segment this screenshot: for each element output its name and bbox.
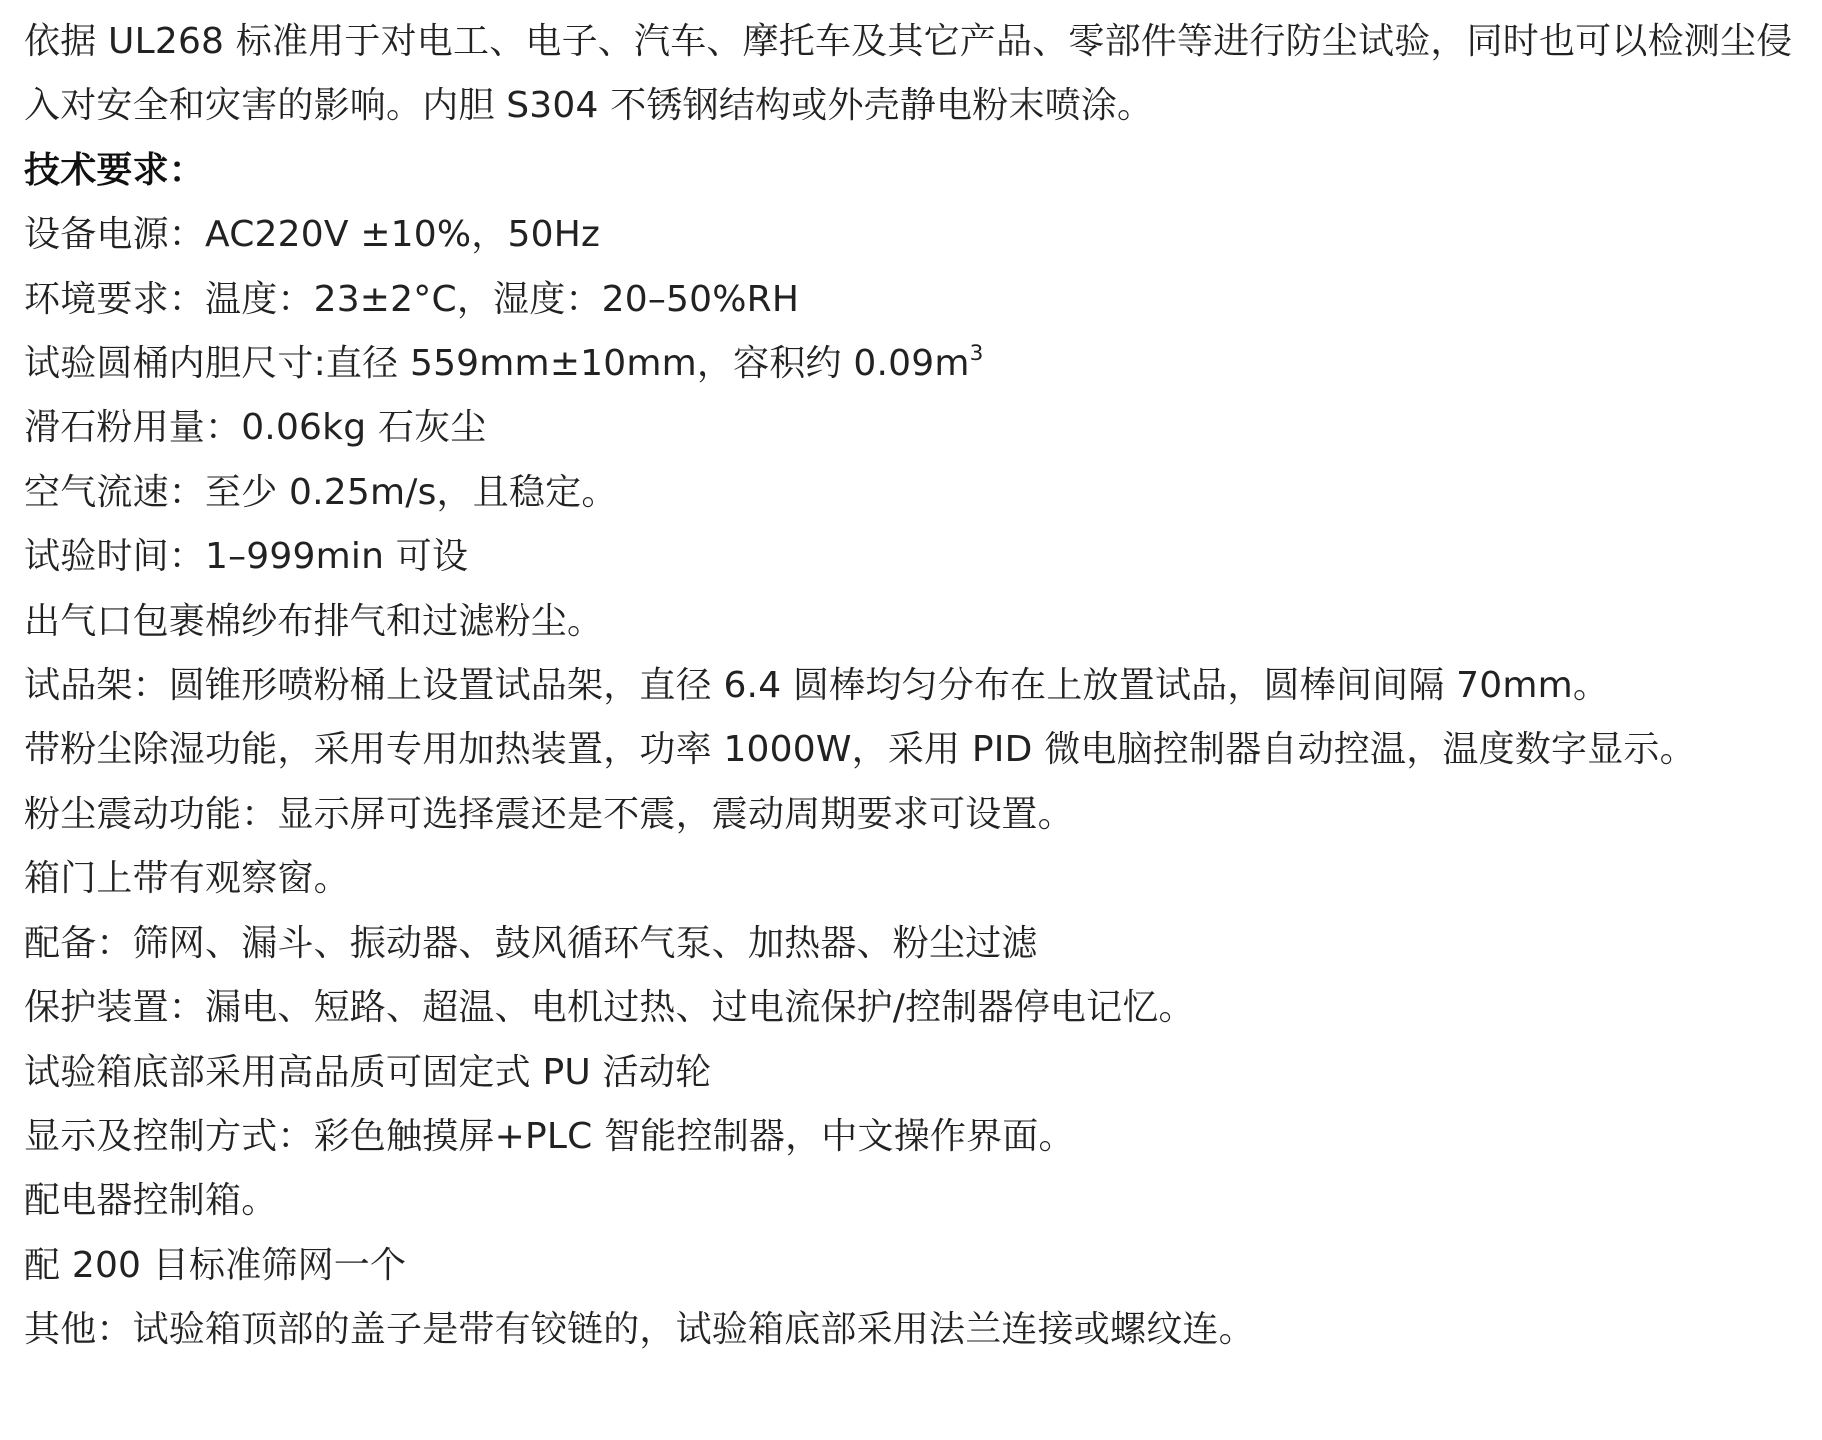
spec-line-talc-amount: 滑石粉用量：0.06kg 石灰尘 <box>24 396 1814 460</box>
spec-line-vibration: 粉尘震动功能：显示屏可选择震还是不震，震动周期要求可设置。 <box>24 783 1814 847</box>
spec-line-power-supply: 设备电源：AC220V ±10%，50Hz <box>24 203 1814 267</box>
cubic-superscript: 3 <box>970 341 984 366</box>
section-heading-technical-requirements: 技术要求： <box>24 139 1814 203</box>
spec-line-sample-rack: 试品架：圆锥形喷粉桶上设置试品架，直径 6.4 圆棒均匀分布在上放置试品，圆棒间… <box>24 654 1814 718</box>
spec-line-control-box: 配电器控制箱。 <box>24 1169 1814 1233</box>
drum-size-text: 试验圆桶内胆尺寸:直径 559mm±10mm，容积约 0.09m <box>24 343 970 384</box>
spec-line-drum-size: 试验圆桶内胆尺寸:直径 559mm±10mm，容积约 0.09m3 <box>24 332 1814 396</box>
spec-document: 依据 UL268 标准用于对电工、电子、汽车、摩托车及其它产品、零部件等进行防尘… <box>24 10 1814 1363</box>
spec-line-casters: 试验箱底部采用高品质可固定式 PU 活动轮 <box>24 1041 1814 1105</box>
spec-line-display-control: 显示及控制方式：彩色触摸屏+PLC 智能控制器，中文操作界面。 <box>24 1105 1814 1169</box>
spec-line-environment: 环境要求：温度：23±2°C，湿度：20–50%RH <box>24 268 1814 332</box>
spec-line-sieve: 配 200 目标准筛网一个 <box>24 1234 1814 1298</box>
spec-line-dehumidify: 带粉尘除湿功能，采用专用加热装置，功率 1000W，采用 PID 微电脑控制器自… <box>24 718 1814 782</box>
intro-paragraph: 依据 UL268 标准用于对电工、电子、汽车、摩托车及其它产品、零部件等进行防尘… <box>24 10 1814 139</box>
spec-line-air-flow: 空气流速：至少 0.25m/s，且稳定。 <box>24 461 1814 525</box>
spec-line-observation-window: 箱门上带有观察窗。 <box>24 847 1814 911</box>
spec-line-equipment: 配备：筛网、漏斗、振动器、鼓风循环气泵、加热器、粉尘过滤 <box>24 912 1814 976</box>
spec-line-protection: 保护装置：漏电、短路、超温、电机过热、过电流保护/控制器停电记忆。 <box>24 976 1814 1040</box>
spec-line-test-time: 试验时间：1–999min 可设 <box>24 525 1814 589</box>
spec-line-outlet-filter: 出气口包裹棉纱布排气和过滤粉尘。 <box>24 590 1814 654</box>
spec-line-other: 其他：试验箱顶部的盖子是带有铰链的，试验箱底部采用法兰连接或螺纹连。 <box>24 1298 1814 1362</box>
